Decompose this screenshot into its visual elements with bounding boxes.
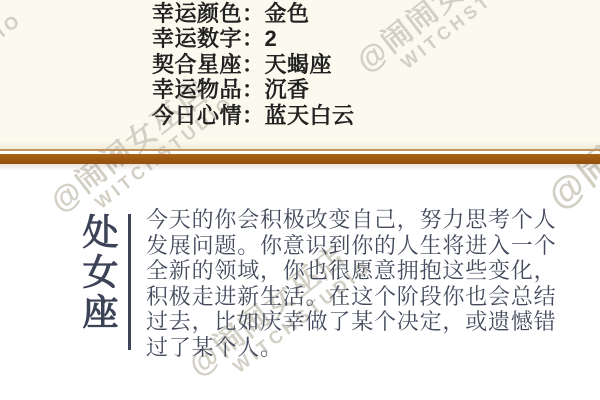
paragraph-line: 发展问题。你意识到你的人生将进入一个 <box>146 233 600 259</box>
sign-divider-line <box>128 214 131 350</box>
horoscope-card: @闹闹女巫店 WITCHSTUDIO @闹闹女巫店 WITCHSTUDIO @闹… <box>0 0 600 400</box>
lucky-item-value: 沉香 <box>265 77 310 102</box>
lucky-item-label: 幸运物品： <box>152 77 265 102</box>
paragraph-line: 全新的领域，你也很愿意拥抱这些变化， <box>146 258 600 284</box>
row-today-mood: 今日心情：蓝天白云 <box>152 103 355 128</box>
sign-title: 处女座 <box>77 213 119 333</box>
paragraph-line: 今天的你会积极改变自己，努力思考个人 <box>146 207 600 233</box>
today-mood-value: 蓝天白云 <box>265 103 355 128</box>
lucky-info-list: 幸运颜色：金色 幸运数字：2 契合星座：天蝎座 幸运物品：沉香 今日心情：蓝天白… <box>152 1 355 128</box>
lucky-number-value: 2 <box>265 26 278 51</box>
row-match-sign: 契合星座：天蝎座 <box>152 52 355 77</box>
row-lucky-color: 幸运颜色：金色 <box>152 1 355 26</box>
match-sign-value: 天蝎座 <box>265 52 333 77</box>
row-lucky-number: 幸运数字：2 <box>152 26 355 51</box>
paragraph-line: 过了某个人。 <box>146 335 600 361</box>
today-mood-label: 今日心情： <box>152 103 265 128</box>
match-sign-label: 契合星座： <box>152 52 265 77</box>
paragraph-line: 过去，比如庆幸做了某个决定，或遗憾错 <box>146 309 600 335</box>
divider-band <box>0 154 600 164</box>
lucky-number-label: 幸运数字： <box>152 26 265 51</box>
divider-thin-line <box>0 149 600 151</box>
row-lucky-item: 幸运物品：沉香 <box>152 77 355 102</box>
lucky-color-label: 幸运颜色： <box>152 1 265 26</box>
horoscope-paragraph: 今天的你会积极改变自己，努力思考个人 发展问题。你意识到你的人生将进入一个 全新… <box>146 207 600 360</box>
paragraph-line: 积极走进新生活。在这个阶段你也会总结 <box>146 284 600 310</box>
lucky-color-value: 金色 <box>265 1 310 26</box>
divider-shadow <box>0 164 600 171</box>
